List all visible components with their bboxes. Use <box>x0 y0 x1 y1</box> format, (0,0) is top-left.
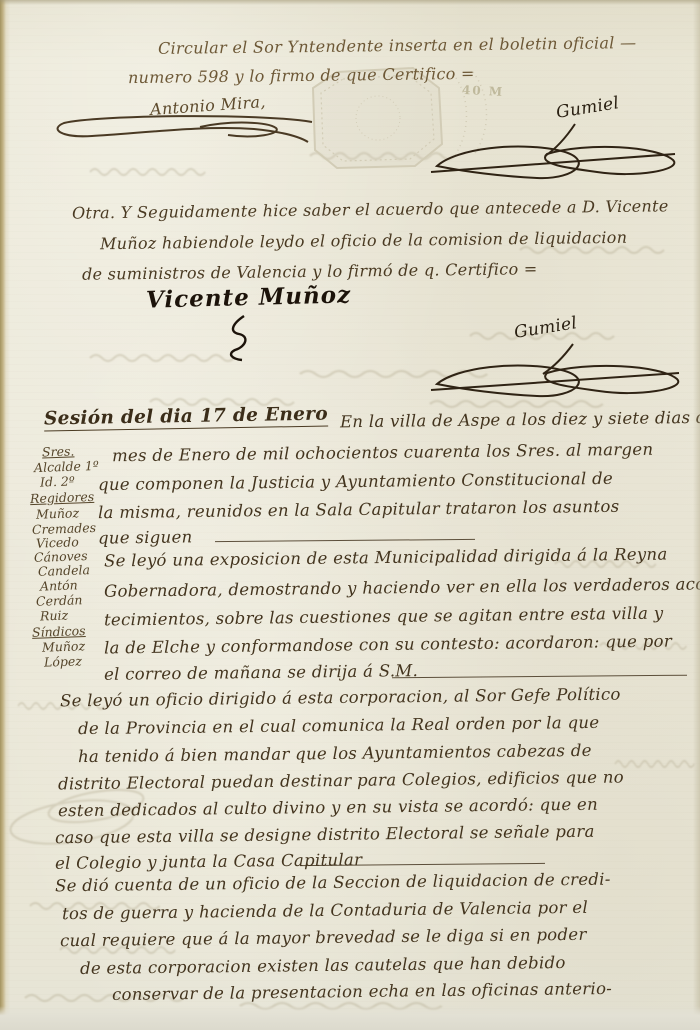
vicente-munoz-rubric <box>224 314 252 362</box>
attendee-name: Candela <box>38 562 90 579</box>
ink-rule <box>215 539 475 542</box>
minute2-line: esten dedicados al culto divino y en su … <box>58 795 598 821</box>
stamp-denomination: 40 M <box>462 83 505 99</box>
signature-gumiel-name: Gumiel <box>513 313 579 343</box>
minute3-line: conservar de la presentacion echa en las… <box>112 979 612 1004</box>
attendee-name: López <box>44 653 82 669</box>
session-intro-line: que componen la Justicia y Ayuntamiento … <box>98 469 613 494</box>
attendee-name: Alcalde 1º <box>34 458 99 475</box>
minute2-line: de la Provincia en el cual comunica la R… <box>78 713 600 738</box>
attendee-name: Síndicos <box>32 623 86 640</box>
session-intro-line: que siguen <box>98 527 193 547</box>
minute2-line: distrito Electoral puedan destinar para … <box>58 768 624 794</box>
minute2-line: caso que esta villa se designe distrito … <box>55 822 595 848</box>
minute2-line: Se leyó un oficio dirigido á esta corpor… <box>60 685 621 711</box>
minute3-line: de esta corporacion existen las cautelas… <box>80 953 566 978</box>
attendee-name: Antón <box>40 577 78 593</box>
minute3-line: tos de guerra y hacienda de la Contaduri… <box>62 898 588 923</box>
minute1-line: la de Elche y conformandose con su conte… <box>104 632 672 658</box>
attendee-name: Cerdán <box>36 592 83 609</box>
signature-gumiel-name: Gumiel <box>555 93 621 123</box>
session-intro-line: la misma, reunidos en la Sala Capitular … <box>98 497 620 522</box>
ink-rule <box>392 675 687 679</box>
minute3-line: Se dió cuenta de un oficio de la Seccion… <box>55 870 611 896</box>
cert2-line: de suministros de Valencia y lo firmó de… <box>82 259 538 284</box>
attendee-name: Ruiz <box>40 608 69 624</box>
attendee-name: Sres. <box>42 443 75 459</box>
attendee-name: Muñoz <box>42 638 86 654</box>
minute3-line: cual requiere que á la mayor brevedad se… <box>60 925 587 950</box>
page-edge-top <box>0 0 700 5</box>
minute2-line: ha tenido á bien mandar que los Ayuntami… <box>78 741 592 766</box>
session-intro-line: mes de Enero de mil ochocientos cuarenta… <box>112 440 654 466</box>
attendee-name: Id. 2º <box>40 473 75 489</box>
session-intro-line: En la villa de Aspe a los diez y siete d… <box>340 408 700 432</box>
signature-vicente-munoz: Vicente Muñoz <box>146 281 352 313</box>
minute1-line: Se leyó una exposicion de esta Municipal… <box>104 545 668 571</box>
page-binding-edge <box>0 0 10 1030</box>
antonio-mira-rubric-flourish <box>50 110 318 154</box>
gumiel-rubric-flourish <box>425 122 681 184</box>
manuscript-page: 40 M Circular el Sor Yntendente inserta … <box>0 0 700 1030</box>
minute1-line: tecimientos, sobre las cuestiones que se… <box>104 604 664 630</box>
cert1-line: Circular el Sor Yntendente inserta en el… <box>158 33 637 58</box>
attendee-name: Muñoz <box>36 505 80 521</box>
gumiel-rubric-flourish <box>425 342 687 402</box>
page-edge-bottom <box>0 1006 700 1030</box>
session-heading: Sesión del dia 17 de Enero <box>44 404 328 432</box>
minute1-line: el correo de mañana se dirija á S.M. <box>104 661 418 684</box>
minute2-line: el Colegio y junta la Casa Capitular <box>55 850 363 873</box>
page-edge-right <box>693 0 700 1030</box>
minute1-line: Gobernadora, demostrando y haciendo ver … <box>104 574 700 601</box>
attendee-name: Regidores <box>30 489 95 506</box>
cert2-line: Otra. Y Seguidamente hice saber el acuer… <box>72 196 669 222</box>
cert2-line: Muñoz habiendole leydo el oficio de la c… <box>100 228 627 253</box>
